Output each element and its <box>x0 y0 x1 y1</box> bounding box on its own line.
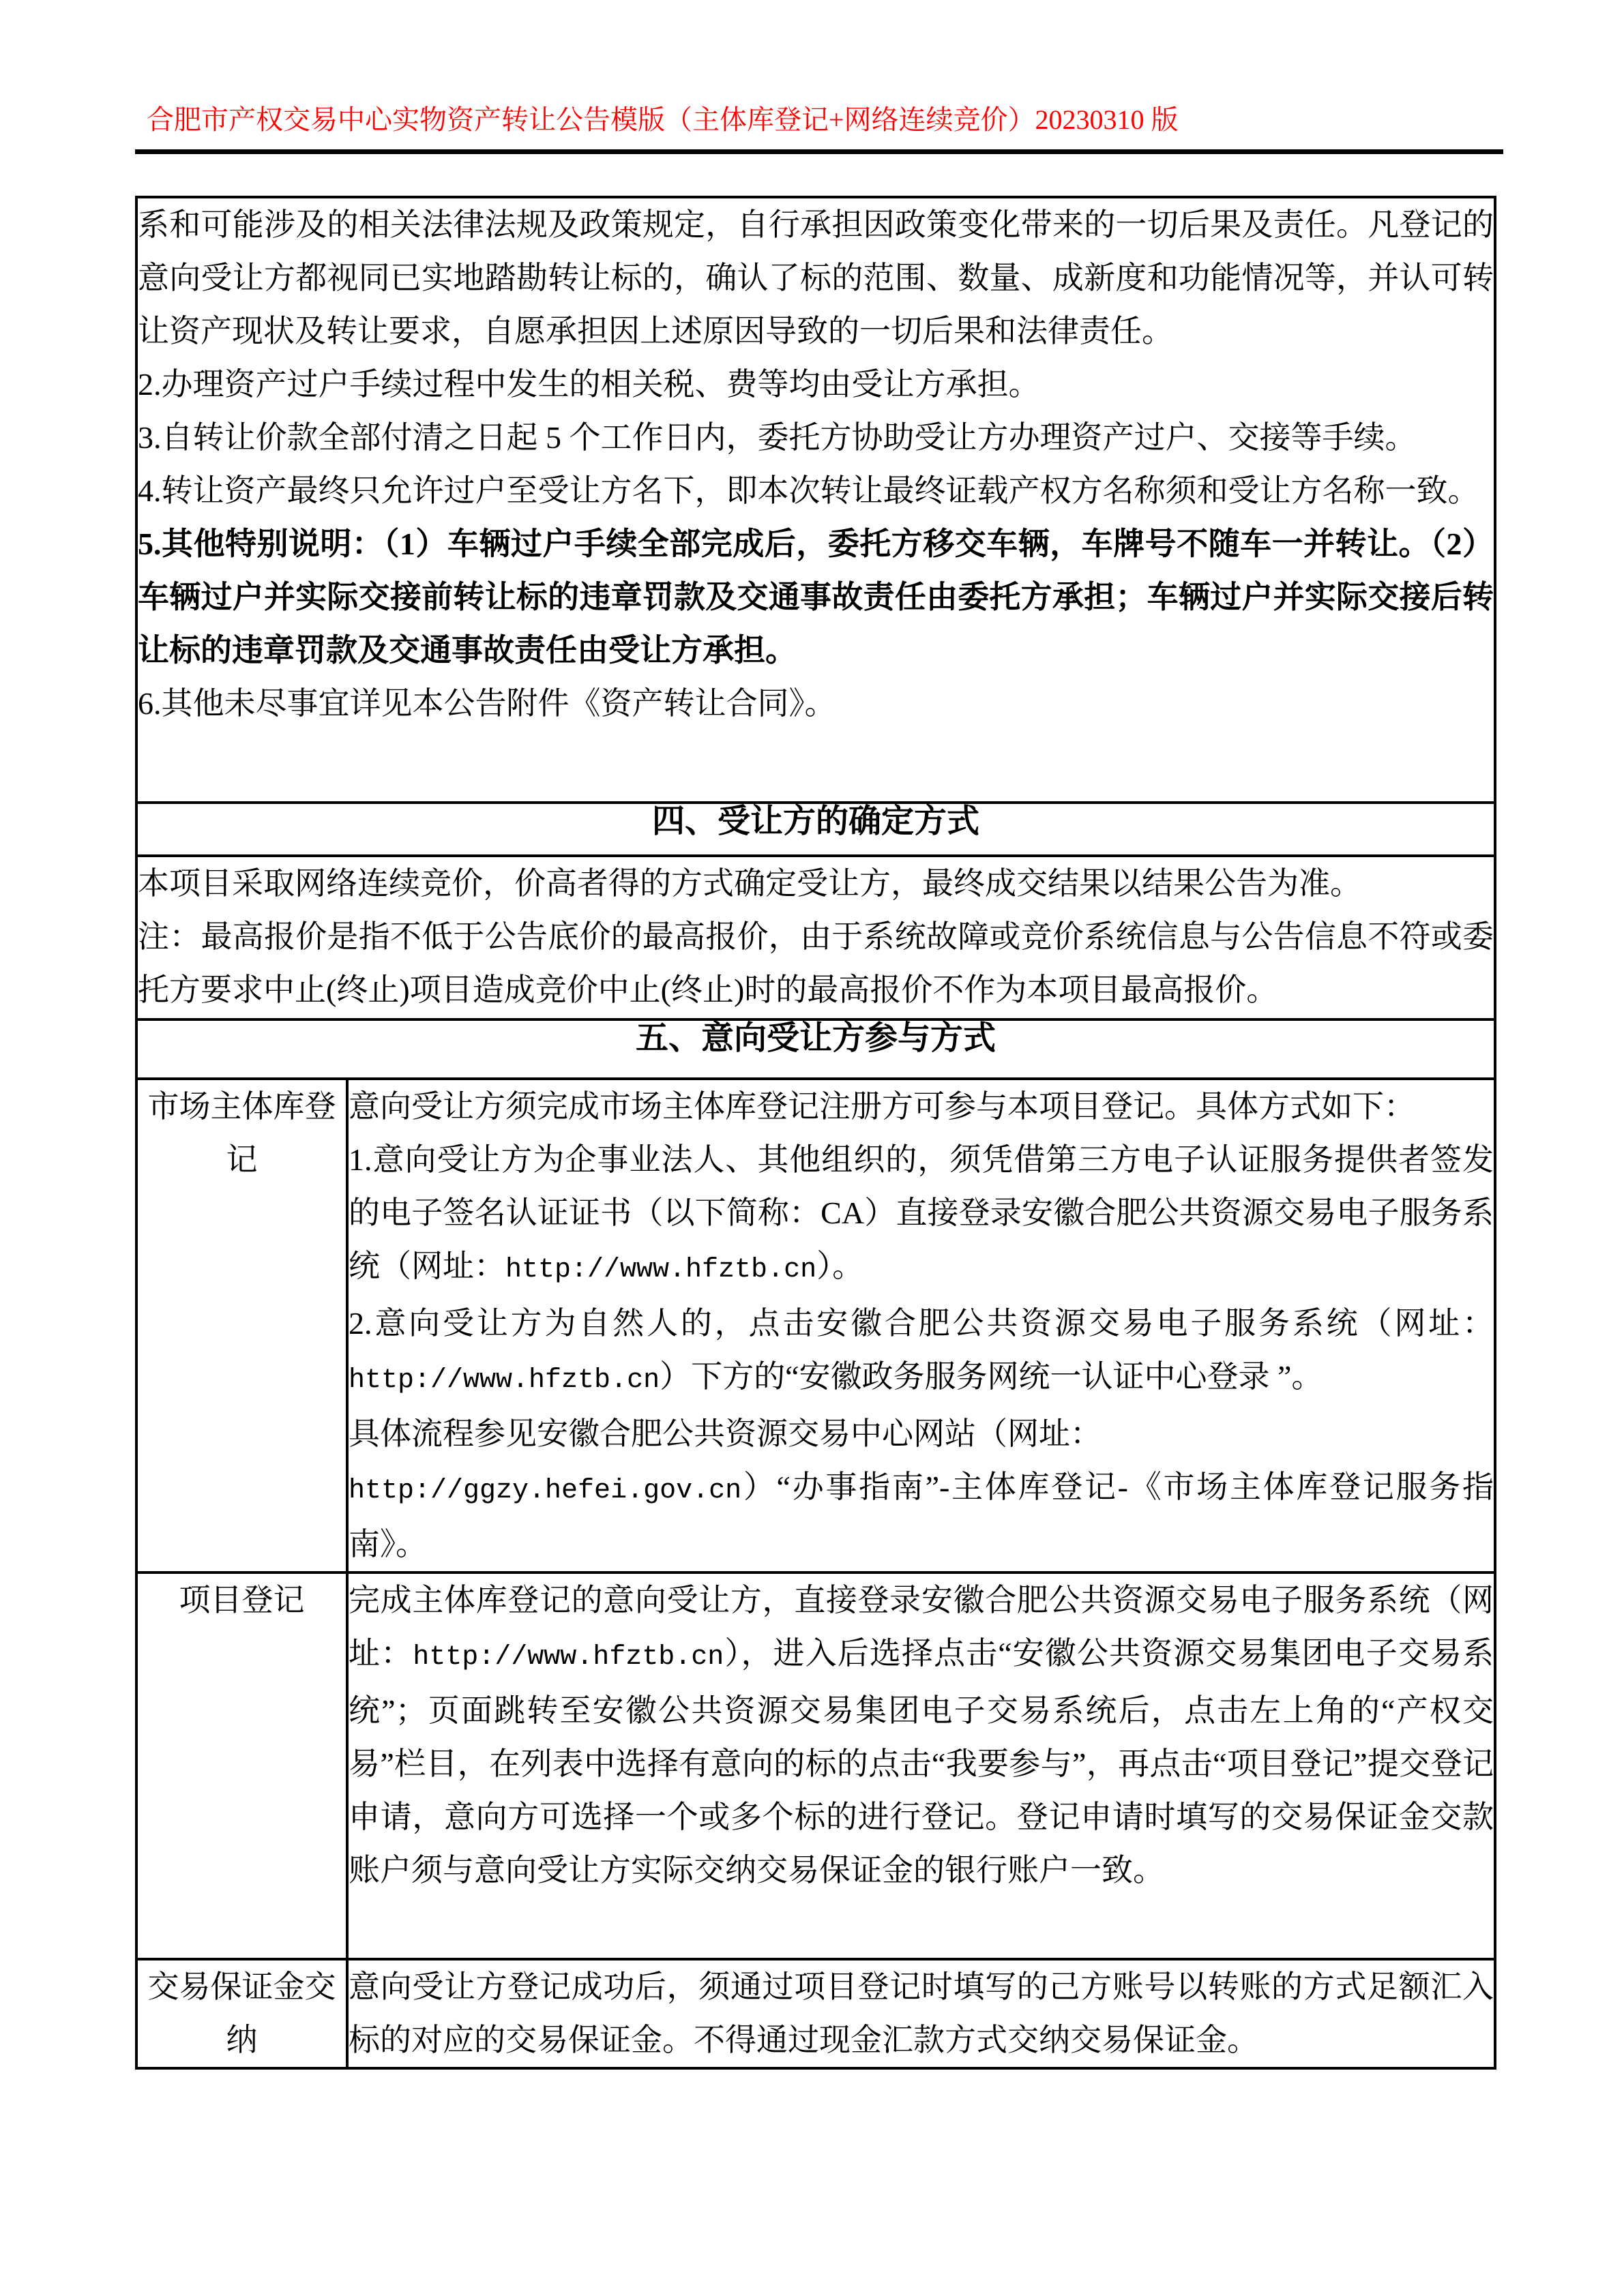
deposit-payment-content: 意向受让方登记成功后，须通过项目登记时填写的己方账号以转账的方式足额汇入标的对应… <box>347 1959 1495 2068</box>
url-text: http://www.hfztb.cn <box>505 1255 816 1285</box>
paragraph: 完成主体库登记的意向受让方，直接登录安徽合肥公共资源交易电子服务系统（网址：ht… <box>349 1574 1494 1897</box>
url-text: http://ggzy.hefei.gov.cn <box>349 1476 741 1506</box>
section4-header-row: 四、受让方的确定方式 <box>136 803 1495 856</box>
market-registry-label: 市场主体库登记 <box>136 1079 347 1572</box>
paragraph: 4.转让资产最终只允许过户至受让方名下，即本次转让最终证载产权方名称须和受让方名… <box>138 464 1494 518</box>
project-registration-content: 完成主体库登记的意向受让方，直接登录安徽合肥公共资源交易电子服务系统（网址：ht… <box>347 1572 1495 1959</box>
paragraph: 意向受让方须完成市场主体库登记注册方可参与本项目登记。具体方式如下： <box>349 1080 1494 1133</box>
section4-body-cell: 本项目采取网络连续竞价，价高者得的方式确定受让方，最终成交结果以结果公告为准。注… <box>136 856 1495 1019</box>
page-title: 合肥市产权交易中心实物资产转让公告模版（主体库登记+网络连续竞价）2023031… <box>147 102 1179 138</box>
paragraph: 意向受让方登记成功后，须通过项目登记时填写的己方账号以转账的方式足额汇入标的对应… <box>349 1960 1494 2067</box>
url-text: http://www.hfztb.cn <box>413 1642 724 1673</box>
paragraph: 5.其他特别说明：（1）车辆过户手续全部完成后，委托方移交车辆，车牌号不随车一并… <box>138 518 1494 677</box>
paragraph: 3.自转让价款全部付清之日起 5 个工作日内，委托方协助受让方办理资产过户、交接… <box>138 411 1494 464</box>
paragraph: 2.办理资产过户手续过程中发生的相关税、费等均由受让方承担。 <box>138 358 1494 411</box>
deposit-payment-row: 交易保证金交纳 意向受让方登记成功后，须通过项目登记时填写的己方账号以转账的方式… <box>136 1959 1495 2068</box>
paragraph: 2.意向受让方为自然人的，点击安徽合肥公共资源交易电子服务系统（网址：http:… <box>349 1297 1494 1407</box>
paragraph: 本项目采取网络连续竞价，价高者得的方式确定受让方，最终成交结果以结果公告为准。 <box>138 857 1494 910</box>
section4-body-row: 本项目采取网络连续竞价，价高者得的方式确定受让方，最终成交结果以结果公告为准。注… <box>136 856 1495 1019</box>
section4-title: 四、受让方的确定方式 <box>136 803 1495 856</box>
paragraph: 注：最高报价是指不低于公告底价的最高报价，由于系统故障或竞价系统信息与公告信息不… <box>138 910 1494 1017</box>
paragraph: http://ggzy.hefei.gov.cn）“办事指南”-主体库登记-《市… <box>349 1461 1494 1571</box>
paragraph: 1.意向受让方为企事业法人、其他组织的，须凭借第三方电子认证服务提供者签发的电子… <box>349 1133 1494 1297</box>
announcement-table: 系和可能涉及的相关法律法规及政策规定，自行承担因政策变化带来的一切后果及责任。凡… <box>135 196 1496 2070</box>
section5-header-row: 五、意向受让方参与方式 <box>136 1019 1495 1079</box>
deposit-payment-label: 交易保证金交纳 <box>136 1959 347 2068</box>
header-divider <box>135 149 1503 154</box>
paragraph: 具体流程参见安徽合肥公共资源交易中心网站（网址： <box>349 1407 1494 1461</box>
project-registration-row: 项目登记 完成主体库登记的意向受让方，直接登录安徽合肥公共资源交易电子服务系统（… <box>136 1572 1495 1959</box>
market-registry-content: 意向受让方须完成市场主体库登记注册方可参与本项目登记。具体方式如下：1.意向受让… <box>347 1079 1495 1572</box>
continuation-clauses-row: 系和可能涉及的相关法律法规及政策规定，自行承担因政策变化带来的一切后果及责任。凡… <box>136 197 1495 803</box>
continuation-clauses-cell: 系和可能涉及的相关法律法规及政策规定，自行承担因政策变化带来的一切后果及责任。凡… <box>136 197 1495 803</box>
paragraph: 系和可能涉及的相关法律法规及政策规定，自行承担因政策变化带来的一切后果及责任。凡… <box>138 198 1494 358</box>
section5-title: 五、意向受让方参与方式 <box>136 1019 1495 1079</box>
document-page: 合肥市产权交易中心实物资产转让公告模版（主体库登记+网络连续竞价）2023031… <box>0 0 1624 2296</box>
url-text: http://www.hfztb.cn <box>349 1365 660 1396</box>
project-registration-label: 项目登记 <box>136 1572 347 1959</box>
paragraph: 6.其他未尽事宜详见本公告附件《资产转让合同》。 <box>138 677 1494 730</box>
market-registry-row: 市场主体库登记 意向受让方须完成市场主体库登记注册方可参与本项目登记。具体方式如… <box>136 1079 1495 1572</box>
